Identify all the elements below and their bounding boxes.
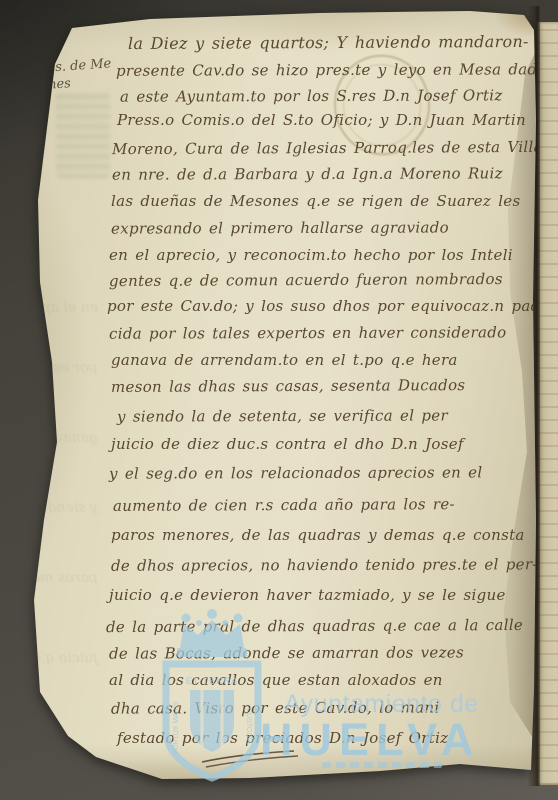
manuscript-page: en el aprecio, y reconocim.to hecho por … [0, 0, 558, 800]
text-line: de las Bocas, adonde se amarran dos veze… [109, 643, 464, 662]
text-line: gentes q.e de comun acuerdo fueron nombr… [109, 270, 503, 290]
paper-surface: en el aprecio, y reconocim.to hecho por … [0, 0, 558, 800]
manuscript-text: la Diez y siete quartos; Y haviendo mand… [0, 0, 558, 800]
text-line: expresando el primero hallarse agraviado [111, 218, 449, 237]
underline-flourish [200, 744, 310, 770]
text-line: paros menores, de las quadras y demas q.… [111, 526, 525, 544]
text-line: Moreno, Cura de las Iglesias Parroq.les … [112, 138, 543, 158]
text-line: en el aprecio, y reconocim.to hecho por … [109, 246, 513, 264]
text-line: a este Ayuntam.to por los S.res D.n Jose… [120, 86, 503, 105]
text-line: ganava de arrendam.to en el t.po q.e her… [111, 351, 458, 369]
text-line: cida por los tales expertos en haver con… [109, 323, 506, 342]
text-line: aumento de cien r.s cada año para los re… [113, 495, 455, 515]
text-line: las dueñas de Mesones q.e se rigen de Su… [111, 192, 520, 210]
text-line: de la parte pral de dhas quadras q.e cae… [106, 616, 523, 636]
text-line: por este Cav.do; y los suso dhos por equ… [107, 297, 550, 315]
text-line: y siendo la de setenta, se verifica el p… [117, 406, 448, 425]
text-line: meson las dhas sus casas, sesenta Ducado… [111, 376, 465, 396]
text-line: la Diez y siete quartos; Y haviendo mand… [128, 32, 529, 53]
text-line: y el seg.do en los relacionados aprecios… [109, 463, 482, 482]
text-line: juicio q.e devieron haver tazmiado, y se… [109, 586, 506, 604]
text-line: Press.o Comis.o del S.to Oficio; y D.n J… [117, 111, 526, 129]
text-line: presente Cav.do se hizo pres.te y leyo e… [116, 60, 547, 80]
text-line: al dia los cavallos que estan aloxados e… [109, 671, 443, 689]
text-line: juicio de diez duc.s contra el dho D.n J… [111, 435, 464, 453]
document-photo: en el aprecio, y reconocim.to hecho por … [0, 0, 558, 800]
text-line: de dhos aprecios, no haviendo tenido pre… [111, 555, 538, 574]
text-line: en nre. de d.a Barbara y d.a Ign.a Moren… [112, 164, 503, 183]
text-line: dha casa. Visto por este Cav.do, lo mani [111, 698, 440, 717]
